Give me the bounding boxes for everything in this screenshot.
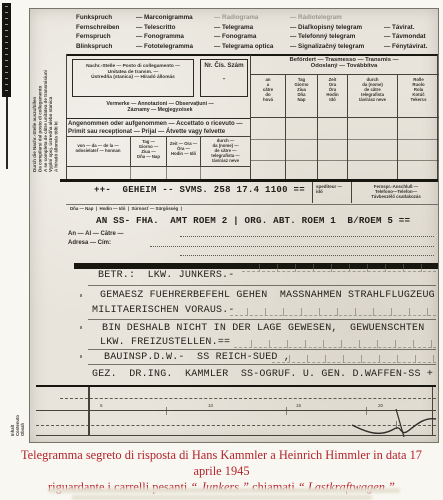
angenommen-col-from: von — da — de la — odosielateľ — honnan (66, 137, 130, 166)
message-line: BETR.: LKW. JUNKERS.- (98, 270, 234, 281)
angenommen-col-day: Tag — Giorno — Ziua — Dňa — Nap (130, 137, 166, 166)
language-row: Funkspruch — Marconigramma — Radiograma … (76, 13, 436, 23)
befoerdert-table: Befördert — Trasmesso — Transmis — Odosl… (250, 55, 438, 181)
befoerdert-col-to: an a către do hová (251, 74, 285, 117)
number-box: Nr. Čís. Szám - (200, 59, 248, 97)
spediteur-label: spediteur — idő (313, 182, 351, 194)
grid-number: 15 (296, 403, 301, 408)
lang-cell: — Fototelegramma (136, 42, 214, 52)
number-box-label: Nr. Čís. Szám (201, 62, 247, 69)
telegram-to-line: AN SS- FHA. AMT ROEM 2 | ORG. ABT. ROEM … (96, 215, 410, 226)
handwritten-mark (350, 405, 438, 439)
befoerdert-col-by: durch da (nome) de către telegrafista tá… (347, 74, 397, 117)
lang-cell: Blinkspruch (76, 42, 136, 52)
book-spine-strip (2, 3, 11, 97)
lang-cell: — Telegrama (214, 23, 290, 33)
side-note-vertical: Durch die Nachr.-Stelle auszufüllen Da c… (32, 17, 59, 172)
lang-cell: — Diaľkopisný telegram (290, 23, 384, 33)
lang-cell: — Fonogramma (136, 32, 214, 42)
telegram-scan: Durch die Nachr.-Stelle auszufüllen Da c… (29, 8, 439, 443)
telefon-label: Fernspr.-Anschluß — Telefono—Telefon— Tá… (354, 182, 438, 199)
lang-cell (384, 13, 436, 23)
message-line: GEMAESZ FUEHRERBEFEHL GEHEN MASSNAHMEN S… (100, 290, 435, 301)
message-line: BAUINSP.D.W.- SS REICH-SUED , (104, 352, 290, 363)
book-page: Durch die Nachr.-Stelle auszufüllen Da c… (0, 0, 443, 500)
angenommen-header: Primit sau recepționat — Prijal — Átvett… (66, 128, 250, 137)
spediteur-box: spediteur — idő (312, 182, 352, 203)
lang-cell: Fernschreiben (76, 23, 136, 33)
lang-cell: — Távmondat (384, 32, 436, 42)
grid-number: 10 (208, 403, 213, 408)
nachr-stelle-label: Nachr.-Stelle — Posto di collegamento — (73, 64, 193, 70)
lang-cell: — Rádiotelegram (290, 13, 384, 23)
grid-number: 5 (100, 403, 103, 408)
lang-cell: Funkspruch (76, 13, 136, 23)
telefon-box: Fernspr.-Anschluß — Telefono—Telefon— Tá… (354, 182, 438, 203)
angenommen-header: Angenommen oder aufgenommen — Accettato … (66, 119, 250, 128)
message-line: LKW. FREIZUSTELLEN.== (100, 337, 230, 348)
urgency-row: Dňa — Nap | Hodin — Idő | Súrnosť — Sürg… (70, 206, 182, 211)
lang-cell: Fernspruch (76, 32, 136, 42)
message-line: MILITAERISCHEN VORAUS.- (92, 305, 235, 316)
lang-cell: — Signalizačný telegram (290, 42, 384, 52)
lang-cell: — Telescritto (136, 23, 214, 33)
caption-line1: Telegramma segreto di risposta di Hans K… (12, 447, 431, 479)
word-count-grid: 5 10 15 20 (36, 387, 436, 437)
language-row: Fernschreiben — Telescritto — Telegrama … (76, 23, 436, 33)
lang-cell: — Fonograma (214, 32, 290, 42)
vermerke-line: Záznamy — Megjegyzések (72, 107, 248, 113)
lang-cell: — Távirat. (384, 23, 436, 33)
address-label: An — Al — Către — (68, 231, 123, 237)
angenommen-col-time: Zeit — Ora — Óra — Hodin — Idő (166, 137, 200, 166)
telegram-header-line: ++- GEHEIM -- SVMS. 258 17.4 1100 == (94, 185, 305, 195)
angenommen-col-by: durch — da (nome) — de către — telegrafi… (200, 137, 250, 166)
language-row: Fernspruch — Fonogramma — Fonograma — Te… (76, 32, 436, 42)
number-box-value: - (201, 75, 247, 84)
language-table: Funkspruch — Marconigramma — Radiograma … (76, 13, 436, 51)
befoerdert-col-time: Zeit Ora Óra Hodin Idő (317, 74, 347, 117)
bleed-through-line (72, 495, 372, 500)
nachr-stelle-label: Ústredňa (stanica) — Híradó állomás (73, 75, 193, 81)
message-line: BIN DESHALB NICHT IN DER LAGE GEWESEN, G… (102, 323, 424, 334)
lang-cell: — Telefonný telegram (290, 32, 384, 42)
lang-cell: — Marconigramma (136, 13, 214, 23)
angenommen-box: Angenommen oder aufgenommen — Accettato … (66, 118, 250, 167)
bleed-through-line (48, 488, 400, 493)
vermerke-label: Vermerke — Annotazioni — Observațiuni — … (72, 101, 248, 113)
befoerdert-header: Odoslaný — Továbbítva (251, 63, 437, 69)
lang-cell: — Radiograma (214, 13, 290, 23)
side-note-bottom-vertical: Inhalt Contenuto Obsah (10, 388, 27, 436)
address-label: Adresa — Cím: (68, 240, 111, 246)
befoerdert-col-day: Tag Giorno Ziua Dňa Nap (285, 74, 317, 117)
nachr-stelle-box: Nachr.-Stelle — Posto di collegamento — … (72, 59, 194, 97)
message-line: GEZ. DR.ING. KAMMLER SS-OGRUF. U. GEN. D… (92, 369, 433, 380)
befoerdert-col-roll: Rolle Ruolo Rola Kotúč Tekercs (397, 74, 439, 117)
lang-cell: — Telegrama optica (214, 42, 290, 52)
language-row: Blinkspruch — Fototelegramma — Telegrama… (76, 42, 436, 52)
scan-artifact-line (6, 97, 8, 169)
lang-cell: — Fénytávirat. (384, 42, 436, 52)
